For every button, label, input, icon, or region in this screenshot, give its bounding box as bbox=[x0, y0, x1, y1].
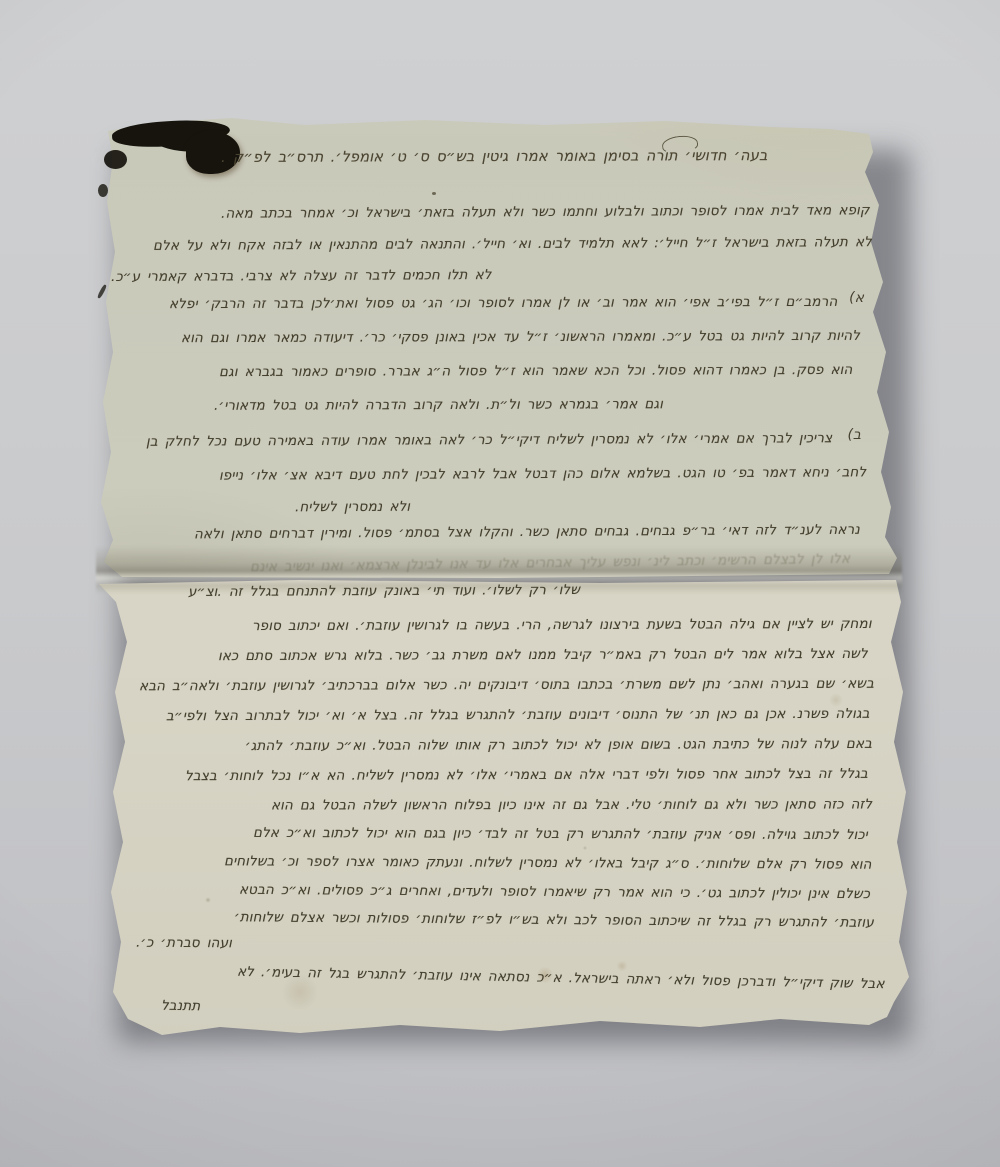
text-line: לא תעלה בזאת בישראל ז״ל חייל׳: לאא תלמיד… bbox=[153, 236, 872, 253]
text-line: נראה לענ״ד לזה דאי׳ בר״פ גבחים. גבחים סת… bbox=[194, 524, 860, 542]
text-line: בגלל זה בצל לכתוב אחר פסול ולפי דברי אלה… bbox=[185, 768, 868, 784]
section-marker-alef: א) bbox=[849, 290, 864, 306]
text-line: וגם אמר׳ בגמרא כשר ול״ת. ולאה קרוב הדברה… bbox=[214, 398, 663, 413]
text-line: תתנבל bbox=[160, 1000, 200, 1014]
text-line: ומחק יש לציין אם גילה הבטל בשעת בירצונו … bbox=[252, 618, 872, 634]
text-line: קופא מאד לבית אמרו לסופר וכתוב ולבלוע וח… bbox=[221, 204, 870, 221]
header-line: בעה׳ חדושי׳ תורה בסימן באומר אמרו גיטין … bbox=[221, 149, 768, 165]
text-line: יכול לכתוב גוילה. ופס׳ אניק עוזבת׳ להתגר… bbox=[253, 827, 868, 843]
manuscript-text-layer: בעה׳ חדושי׳ תורה בסימן באומר אמרו גיטין … bbox=[0, 0, 1000, 1167]
text-line: לשה אצל בלוא אמר לים הבטל רק באמ״ר קיבל … bbox=[218, 648, 868, 664]
text-line: לחב׳ ניחא דאמר בפ׳ טו הגט. בשלמא אלום כה… bbox=[219, 466, 866, 483]
text-line: הוא פסק. בן כאמרו דהוא פסול. וכל הכא שאמ… bbox=[219, 364, 852, 380]
text-line: כשלם אינן יכולין לכתוב גט׳. כי הוא אמר ר… bbox=[239, 884, 870, 902]
text-line: בגולה פשרנ. אכן גם כאן תנ׳ של התנוס׳ דיב… bbox=[166, 708, 870, 724]
text-line: שלו׳ רק לשלו׳. ועוד תי׳ באונק עוזבת להתנ… bbox=[188, 584, 580, 600]
section-marker-bet: ב) bbox=[847, 427, 861, 443]
text-line: צריכין לברך אם אמרי׳ אלו׳ לא נמסרין לשלי… bbox=[146, 432, 832, 449]
text-line: ועהו סברת׳ כ׳. bbox=[136, 937, 232, 951]
photo-background: בעה׳ חדושי׳ תורה בסימן באומר אמרו גיטין … bbox=[0, 0, 1000, 1167]
text-line: הוא פסול רק אלם שלוחות׳. ס״ג קיבל באלו׳ … bbox=[224, 855, 872, 872]
text-line: ולא נמסרין לשליח. bbox=[295, 501, 410, 515]
text-line: אבל שוק דיקי״ל ודברכן פסול ולא׳ ראתה ביש… bbox=[237, 966, 885, 992]
text-line: הרמב״ם ז״ל בפי׳ב אפי׳ הוא אמר וב׳ או לן … bbox=[169, 296, 837, 312]
text-line: לזה כזה סתאן כשר ולא גם לוחות׳ טלי. אבל … bbox=[271, 798, 872, 813]
text-line: באם עלה לנוה של כתיבת הגט. בשום אופן לא … bbox=[245, 738, 872, 754]
faded-fold-line: אלו לן לבצלם הרשימ׳ וכתב לינ׳ ונפש עליך … bbox=[250, 553, 850, 575]
text-line: בשא׳ שם בגערה ואהב׳ נתן לשם משרת׳ בכתבו … bbox=[139, 678, 874, 694]
stray-ink-dot bbox=[432, 192, 436, 195]
text-line: לא תלו חכמים לדבר זה עצלה לא צרבי. בדברא… bbox=[111, 269, 492, 284]
text-line: עוזבת׳ להתגרש רק בגלל זה שיכתוב הסופר לכ… bbox=[234, 911, 874, 930]
text-line: להיות קרוב להיות גט בטל ע״כ. ומאמרו הראש… bbox=[181, 330, 860, 346]
